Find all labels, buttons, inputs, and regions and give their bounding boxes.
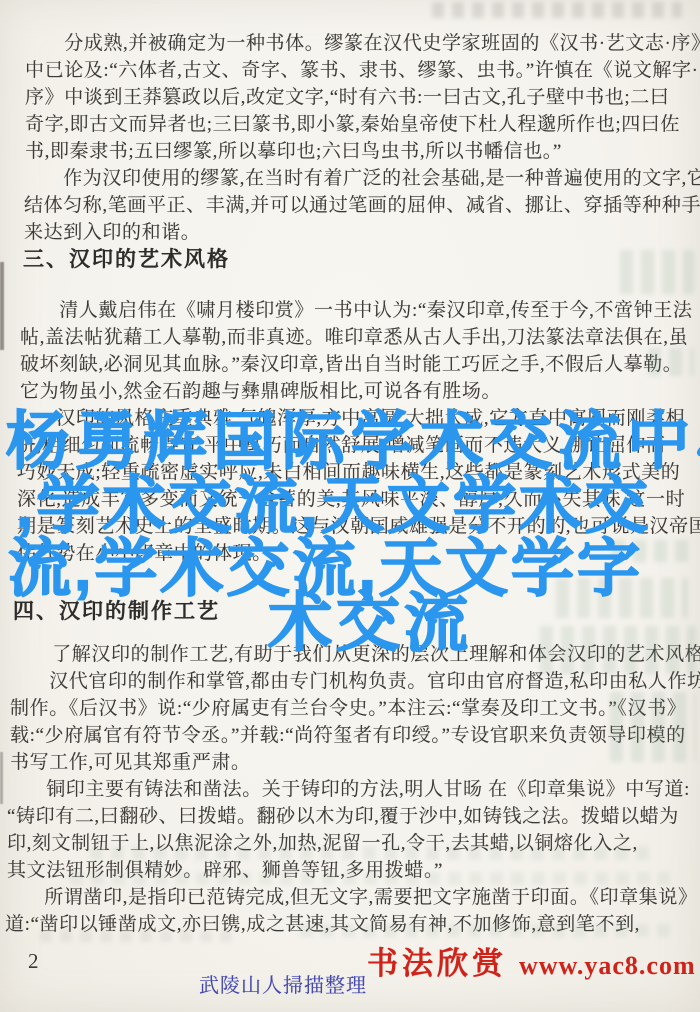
scan-edge-artifact [0, 262, 4, 350]
bleed-through-ghost [540, 626, 696, 674]
paragraph: 铜印主要有铸法和凿法。关于铸印的方法,明人甘旸 在《印章集说》中写道:“铸印有二… [0, 776, 700, 884]
bleed-through-ghost [648, 348, 694, 376]
text-line: 帖,盖法帖犹藉工人摹勒,而非真迹。唯印章悉从古人手出,刀法篆法章法俱在,虽 [20, 324, 700, 351]
paragraph: 清人戴启伟在《啸月楼印赏》一书中认为:“秦汉印章,传至于今,不啻钟王法帖,盖法帖… [0, 297, 700, 405]
text-line: 分成熟,并被确定为一种书体。缪篆在汉代史学家班固的《汉书·艺文志·序》 [25, 30, 700, 57]
text-line: 书,即秦隶书;五曰缪篆,所以摹印也;六曰鸟虫书,所以书幡信也。” [25, 138, 700, 165]
site-name: 书法欣赏 [367, 946, 507, 981]
text-line: 作为汉印使用的缪篆,在当时有着广泛的社会基础,是一种普遍使用的文字,它 [24, 165, 700, 192]
bleed-through-ghost [620, 250, 694, 294]
text-line: 载:“少府属官有符节令丞。”并载:“尚符玺者有印绶。”专设官职来负责领导印模的 [10, 722, 700, 749]
page-number: 2 [28, 949, 39, 974]
text-line: 破坏刻缺,必洞见其血脉。”秦汉印章,皆出自当时能工巧匠之手,不假后人摹勒。 [20, 351, 700, 378]
scan-edge-artifact [0, 752, 3, 804]
text-line: 书写工作,可见其郑重严肃。 [10, 749, 700, 776]
text-line: 中已论及:“六体者,古文、奇字、篆书、隶书、缪篆、虫书。”许慎在《说文解字· [25, 57, 700, 84]
watermark-line: 术交流 [268, 572, 472, 664]
text-line: 结体匀称,笔画平正、丰满,并可以通过笔画的屈伸、减省、挪让、穿插等种种手段 [24, 192, 700, 219]
bleed-through-ghost [300, 924, 670, 937]
site-credit: 书法欣赏www.yac8.com [367, 938, 696, 983]
bleed-through-ghost [70, 872, 670, 885]
paragraph: 作为汉印使用的缪篆,在当时有着广泛的社会基础,是一种普遍使用的文字,它结体匀称,… [0, 165, 700, 246]
section-heading-3: 三、汉印的艺术风格 [0, 246, 700, 273]
text-line: 来达到入印的和谐。 [24, 219, 700, 246]
text-line: 清人戴启伟在《啸月楼印赏》一书中认为:“秦汉印章,传至于今,不啻钟王法 [20, 297, 700, 324]
text-line: 奇字,即古文而异者也;三曰篆书,即小篆,秦始皇帝使下杜人程邈所作也;四曰佐 [25, 111, 700, 138]
text-line: 制作。《后汉书》说:“少府属吏有兰台令史。”本注云:“掌奏及印工文书。”《汉书》 [10, 695, 700, 722]
bleed-through-ghost [432, 2, 682, 18]
scanner-credit: 武陵山人掃描整理 [199, 969, 367, 998]
text-line: 铜印主要有铸法和凿法。关于铸印的方法,明人甘旸 在《印章集说》中写道: [7, 776, 700, 803]
paragraph: 汉代官印的制作和掌管,都由专门机构负责。官印由官府督造,私印由私人作坊制作。《后… [0, 668, 700, 776]
text-line: 序》中谈到王莽篡政以后,改定文字,“时有六书:一曰古文,孔子壁中书也;二曰 [25, 84, 700, 111]
section-heading-text: 三、汉印的艺术风格 [23, 246, 700, 273]
text-line: “铸印有二,曰翻砂、曰拨蜡。翻砂以木为印,覆于沙中,如铸钱之法。拨蜡以蜡为 [7, 803, 700, 830]
paragraph: 分成熟,并被确定为一种书体。缪篆在汉代史学家班固的《汉书·艺文志·序》中已论及:… [0, 30, 700, 165]
bleed-through-ghost [40, 930, 240, 942]
bleed-through-ghost [90, 846, 650, 860]
site-url: www.yac8.com [519, 951, 696, 980]
scanned-page: 分成熟,并被确定为一种书体。缪篆在汉代史学家班固的《汉书·艺文志·序》中已论及:… [0, 0, 700, 1012]
bleed-through-ghost [610, 692, 696, 762]
text-line: 所谓凿印,是指印已范铸完成,但无文字,需要把文字施凿于印面。《印章集说》 [5, 884, 700, 911]
